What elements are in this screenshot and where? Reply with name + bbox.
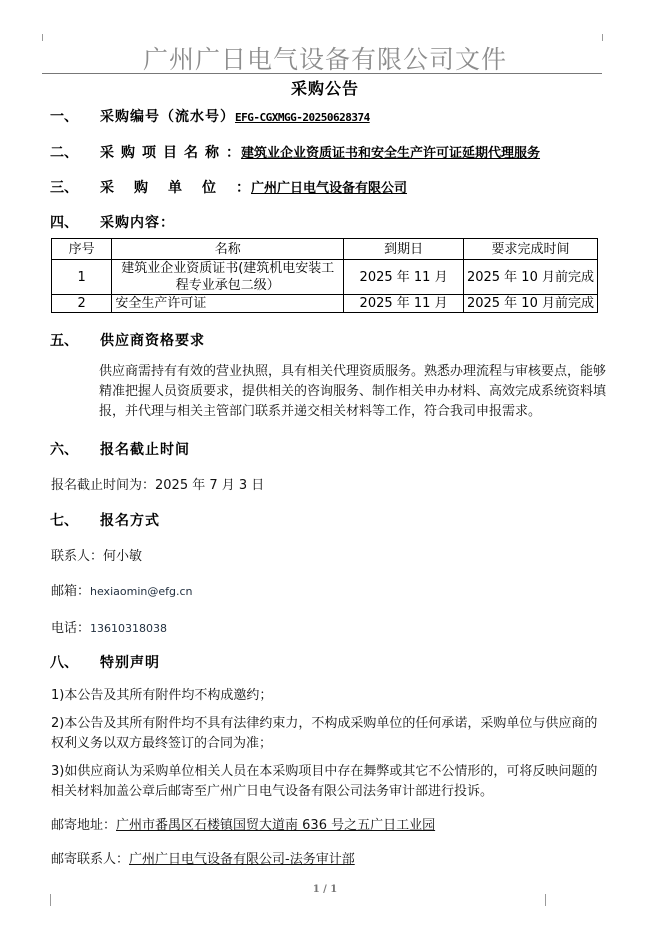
section-5-heading: 供应商资格要求 — [100, 330, 205, 350]
section-1: 一、 — [50, 106, 78, 126]
purchaser-value: 广州广日电气设备有限公司 — [251, 181, 407, 196]
section-number: 一、 — [50, 109, 78, 125]
column-header: 要求完成时间 — [463, 239, 597, 260]
table-cell: 2025 年 11 月 — [344, 260, 464, 295]
page-indicator: 1 / 1 — [0, 884, 650, 895]
section-2: 二、 — [50, 142, 78, 162]
section-number: 二、 — [50, 145, 78, 161]
table-cell: 1 — [52, 260, 112, 295]
procurement-content-label: 采购内容： — [100, 215, 175, 231]
header-divider — [42, 73, 602, 74]
procurement-number-label: 采购编号（流水号） — [100, 109, 235, 125]
section-8-heading: 特别声明 — [100, 652, 160, 672]
section-number: 六、 — [50, 442, 78, 458]
email-label: 邮箱： — [51, 584, 90, 599]
contact-person-label: 联系人： — [51, 549, 103, 564]
table-row: 2 安全生产许可证 2025 年 11 月 2025 年 10 月前完成 — [52, 295, 598, 313]
colon: ： — [236, 180, 251, 196]
contact-person-value: 何小敏 — [103, 549, 142, 564]
email-value[interactable]: hexiaomin@efg.cn — [90, 585, 192, 598]
special-statement-heading: 特别声明 — [100, 655, 160, 671]
registration-method-heading: 报名方式 — [100, 513, 160, 529]
section-6: 六、 — [50, 439, 78, 459]
section-2-body: 采购项目名称：建筑业企业资质证书和安全生产许可证延期代理服务 — [100, 142, 540, 162]
section-3-body: 采购单位：广州广日电气设备有限公司 — [100, 177, 407, 197]
procurement-number-value: EFG-CGXMGG-20250628374 — [235, 111, 370, 124]
section-1-body: 采购编号（流水号）EFG-CGXMGG-20250628374 — [100, 106, 370, 126]
mailing-contact-value: 广州广日电气设备有限公司-法务审计部 — [129, 852, 355, 867]
section-number: 三、 — [50, 180, 78, 196]
section-3: 三、 — [50, 177, 78, 197]
column-header: 到期日 — [344, 239, 464, 260]
statement-item-1: 1)本公告及其所有附件均不构成邀约； — [51, 686, 607, 706]
company-header-title: 广州广日电气设备有限公司文件 — [0, 40, 650, 76]
section-4: 四、 — [50, 212, 78, 232]
page-corner-mark — [545, 894, 546, 906]
section-5: 五、 — [50, 330, 78, 350]
mailing-address-line: 邮寄地址：广州市番禺区石楼镇国贸大道南 636 号之五广日工业园 — [51, 814, 435, 833]
document-title: 采购公告 — [0, 76, 650, 99]
mailing-address-value: 广州市番禺区石楼镇国贸大道南 636 号之五广日工业园 — [116, 818, 435, 833]
purchaser-label: 采购单位 — [100, 180, 236, 196]
email-line: 邮箱：hexiaomin@efg.cn — [51, 580, 192, 599]
phone-value: 13610318038 — [90, 622, 167, 635]
colon: ： — [226, 145, 241, 161]
project-name-value: 建筑业企业资质证书和安全生产许可证延期代理服务 — [241, 146, 540, 161]
statement-item-3: 3)如供应商认为采购单位相关人员在本采购项目中存在舞弊或其它不公情形的，可将反映… — [51, 762, 607, 802]
page-corner-mark — [50, 894, 51, 906]
supplier-requirements-heading: 供应商资格要求 — [100, 333, 205, 349]
table-cell: 2025 年 10 月前完成 — [463, 295, 597, 313]
section-8: 八、 — [50, 652, 78, 672]
mailing-contact-line: 邮寄联系人：广州广日电气设备有限公司-法务审计部 — [51, 848, 355, 867]
phone-line: 电话：13610318038 — [51, 617, 167, 636]
mailing-address-label: 邮寄地址： — [51, 818, 116, 833]
statement-item-2: 2)本公告及其所有附件均不具有法律约束力，不构成采购单位的任何承诺，采购单位与供… — [51, 714, 607, 754]
mailing-contact-label: 邮寄联系人： — [51, 852, 129, 867]
table-cell: 2 — [52, 295, 112, 313]
table-cell: 2025 年 11 月 — [344, 295, 464, 313]
section-7-heading: 报名方式 — [100, 510, 160, 530]
table-row: 1 建筑业企业资质证书(建筑机电安装工程专业承包二级） 2025 年 11 月 … — [52, 260, 598, 295]
section-4-body: 采购内容： — [100, 212, 175, 232]
deadline-heading: 报名截止时间 — [100, 442, 190, 458]
section-number: 五、 — [50, 333, 78, 349]
section-number: 四、 — [50, 215, 78, 231]
column-header: 序号 — [52, 239, 112, 260]
column-header: 名称 — [112, 239, 344, 260]
table-cell: 2025 年 10 月前完成 — [463, 260, 597, 295]
table-header-row: 序号 名称 到期日 要求完成时间 — [52, 239, 598, 260]
phone-label: 电话： — [51, 621, 90, 636]
contact-person-line: 联系人：何小敏 — [51, 545, 142, 564]
supplier-requirements-text: 供应商需持有有效的营业执照，具有相关代理资质服务。熟悉办理流程与审核要点，能够精… — [99, 362, 607, 422]
section-number: 七、 — [50, 513, 78, 529]
project-name-label: 采购项目名称 — [100, 145, 226, 161]
procurement-content-table: 序号 名称 到期日 要求完成时间 1 建筑业企业资质证书(建筑机电安装工程专业承… — [51, 238, 598, 313]
deadline-text: 报名截止时间为：2025 年 7 月 3 日 — [51, 474, 264, 493]
table-cell: 建筑业企业资质证书(建筑机电安装工程专业承包二级） — [112, 260, 344, 295]
section-number: 八、 — [50, 655, 78, 671]
section-7: 七、 — [50, 510, 78, 530]
section-6-heading: 报名截止时间 — [100, 439, 190, 459]
table-cell: 安全生产许可证 — [112, 295, 344, 313]
